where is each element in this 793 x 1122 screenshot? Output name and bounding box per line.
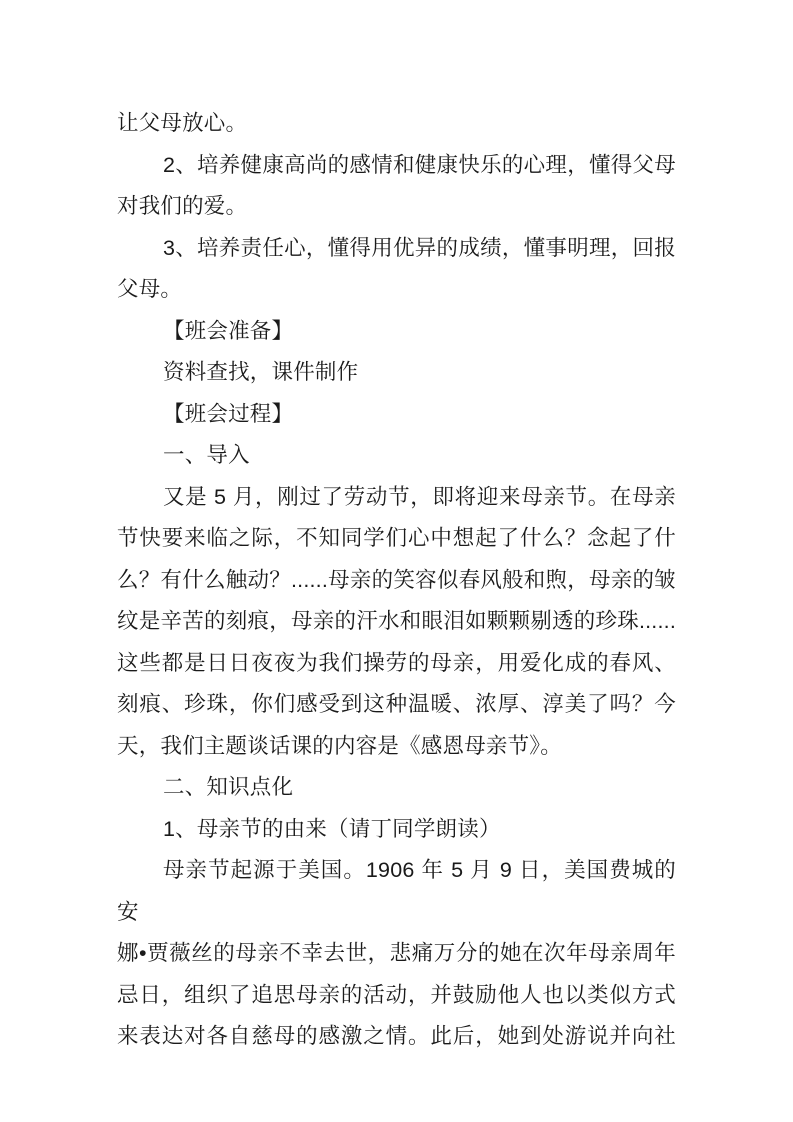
text-line: 天，我们主题谈话课的内容是《感恩母亲节》。: [117, 726, 676, 768]
text-line: 母亲节起源于美国。1906 年 5 月 9 日，美国费城的安: [117, 850, 676, 933]
text-line-section-heading: 【班会准备】: [117, 311, 676, 353]
text-line: 娜•贾薇丝的母亲不幸去世，悲痛万分的她在次年母亲周年: [117, 933, 676, 975]
text-line: 么？有什么触动？......母亲的笑容似春风般和煦，母亲的皱: [117, 560, 676, 602]
text-line: 让父母放心。: [117, 103, 676, 145]
text-line: 节快要来临之际，不知同学们心中想起了什么？念起了什: [117, 518, 676, 560]
text-line: 父母。: [117, 269, 676, 311]
text-line: 3、培养责任心，懂得用优异的成绩，懂事明理，回报: [117, 228, 676, 270]
text-line-section-heading: 1、母亲节的由来（请丁同学朗读）: [117, 809, 676, 851]
text-line: 纹是辛苦的刻痕，母亲的汗水和眼泪如颗颗剔透的珍珠......: [117, 601, 676, 643]
text-line: 来表达对各自慈母的感激之情。此后，她到处游说并向社: [117, 1016, 676, 1058]
text-line-section-heading: 二、知识点化: [117, 767, 676, 809]
text-line: 又是 5 月，刚过了劳动节，即将迎来母亲节。在母亲: [117, 477, 676, 519]
text-line: 资料查找，课件制作: [117, 352, 676, 394]
text-line-section-heading: 【班会过程】: [117, 394, 676, 436]
text-line: 这些都是日日夜夜为我们操劳的母亲，用爱化成的春风、: [117, 643, 676, 685]
text-line: 对我们的爱。: [117, 186, 676, 228]
text-line: 刻痕、珍珠，你们感受到这种温暖、浓厚、淳美了吗？今: [117, 684, 676, 726]
text-line: 2、培养健康高尚的感情和健康快乐的心理，懂得父母: [117, 145, 676, 187]
text-line: 忌日，组织了追思母亲的活动，并鼓励他人也以类似方式: [117, 975, 676, 1017]
text-line-section-heading: 一、导入: [117, 435, 676, 477]
document-page: 让父母放心。 2、培养健康高尚的感情和健康快乐的心理，懂得父母 对我们的爱。 3…: [0, 0, 793, 1122]
